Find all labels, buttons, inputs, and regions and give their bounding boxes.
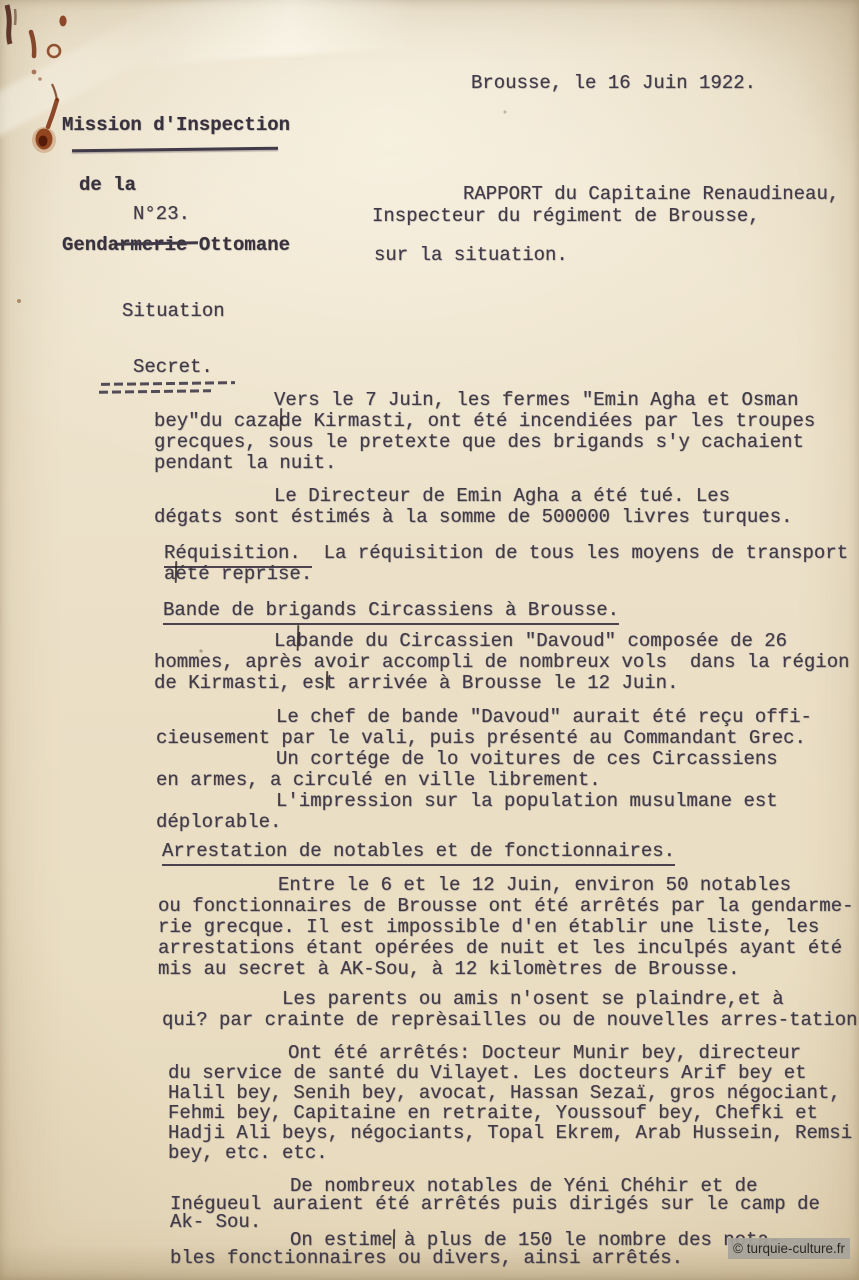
text-line: Fehmi bey, Capitaine en retraite, Yousso…: [168, 1103, 859, 1123]
text-line: Hadji Ali beys, négociants, Topal Ekrem,…: [168, 1123, 859, 1143]
paragraph: Ont été arrêtés: Docteur Munir bey, dire…: [168, 1043, 859, 1163]
letterhead-line: Mission d'Inspection: [62, 115, 290, 135]
text-line: Inégueul auraient été arrêtés puis dirig…: [170, 1195, 859, 1213]
text-line: ou fonctionnaires de Brousse ont été arr…: [158, 896, 859, 917]
text-line: arrestations étant opérées de nuit et le…: [158, 938, 859, 959]
secret-dashed-underline: [101, 381, 235, 386]
text-line: du service de santé du Vilayet. Les doct…: [168, 1063, 859, 1083]
document-body: Vers le 7 Juin, les fermes "Emin Agha et…: [154, 390, 859, 1267]
letterhead-line: Gendarmerie Ottomane: [62, 235, 290, 255]
text-line: Halil bey, Senih bey, avocat, Hassan Sez…: [168, 1083, 859, 1103]
text-line: bey, etc. etc.: [168, 1143, 859, 1163]
paragraph: Réquisition. La réquisition de tous les …: [164, 543, 859, 585]
text-line: aété reprise.: [164, 564, 859, 585]
text-line: Réquisition. La réquisition de tous les …: [164, 543, 859, 564]
paragraph: Labande du Circassien "Davoud" composée …: [154, 631, 859, 694]
text-line: Arrestation de notables et de fonctionna…: [162, 841, 859, 862]
watermark-text: © turquie-culture.fr: [733, 1241, 845, 1256]
secret-label: Secret.: [133, 357, 213, 378]
paragraph: Le chef de bande "Davoud" aurait été reç…: [156, 707, 859, 833]
text-line: Vers le 7 Juin, les fermes "Emin Agha et…: [154, 390, 859, 411]
text-line: mis au secret à AK-Sou, à 12 kilomètres …: [158, 959, 859, 980]
paragraph: Le Directeur de Emin Agha a été tué. Les…: [154, 486, 859, 528]
text-line: Entre le 6 et le 12 Juin, environ 50 not…: [158, 875, 859, 896]
text-line: hommes, après avoir accompli de nombreux…: [154, 652, 859, 673]
watermark: © turquie-culture.fr: [728, 1238, 850, 1259]
paragraph: Les parents ou amis n'osent se plaindre,…: [162, 989, 859, 1031]
text-line: de Kirmasti, est arrivée à Brousse le 12…: [154, 673, 859, 694]
section-heading: Bande de brigands Circassiens à Brousse.: [163, 600, 859, 621]
letterhead-line: de la: [62, 175, 290, 195]
text-line: Labande du Circassien "Davoud" composée …: [154, 631, 859, 652]
document-photo: Mission d'Inspection de la Gendarmerie O…: [0, 0, 859, 1280]
text-line: Un cortége de lo voitures de ces Circass…: [156, 749, 859, 770]
text-line: qui? par crainte de reprèsailles ou de n…: [162, 1010, 859, 1031]
paragraph: De nombreux notables de Yéni Chéhir et d…: [170, 1177, 859, 1231]
text-line: déplorable.: [156, 812, 859, 833]
paragraph: Entre le 6 et le 12 Juin, environ 50 not…: [158, 875, 859, 980]
text-line: cieusement par le vali, puis présenté au…: [156, 728, 859, 749]
text-line: pendant la nuit.: [154, 453, 859, 474]
text-line: dégats sont éstimés à la somme de 500000…: [154, 507, 859, 528]
section-heading: Arrestation de notables et de fonctionna…: [162, 841, 859, 862]
text-line: Les parents ou amis n'osent se plaindre,…: [162, 989, 859, 1010]
text-line: bey"du cazade Kirmasti, ont été incendié…: [154, 411, 859, 432]
report-title-line2: Inspecteur du régiment de Brousse,: [372, 206, 760, 227]
paragraph: Vers le 7 Juin, les fermes "Emin Agha et…: [154, 390, 859, 474]
text-line: Le chef de bande "Davoud" aurait été reç…: [156, 707, 859, 728]
document-number: N°23.: [133, 204, 190, 225]
report-title-line3: sur la situation.: [374, 245, 568, 266]
letterhead: Mission d'Inspection de la Gendarmerie O…: [62, 75, 290, 295]
text-line: en armes, a circulé en ville librement.: [156, 770, 859, 791]
text-line: rie grecque. Il est impossible d'en étab…: [158, 917, 859, 938]
report-title-line1: RAPPORT du Capitaine Renaudineau,: [463, 184, 839, 205]
text-line: Bande de brigands Circassiens à Brousse.: [163, 600, 859, 621]
dateline: Brousse, le 16 Juin 1922.: [471, 73, 756, 94]
text-line: Le Directeur de Emin Agha a été tué. Les: [154, 486, 859, 507]
situation-label: Situation: [122, 301, 225, 322]
text-line: L'impression sur la population musulmane…: [156, 791, 859, 812]
text-line: grecques, sous le pretexte que des briga…: [154, 432, 859, 453]
text-line: Ont été arrêtés: Docteur Munir bey, dire…: [168, 1043, 859, 1063]
